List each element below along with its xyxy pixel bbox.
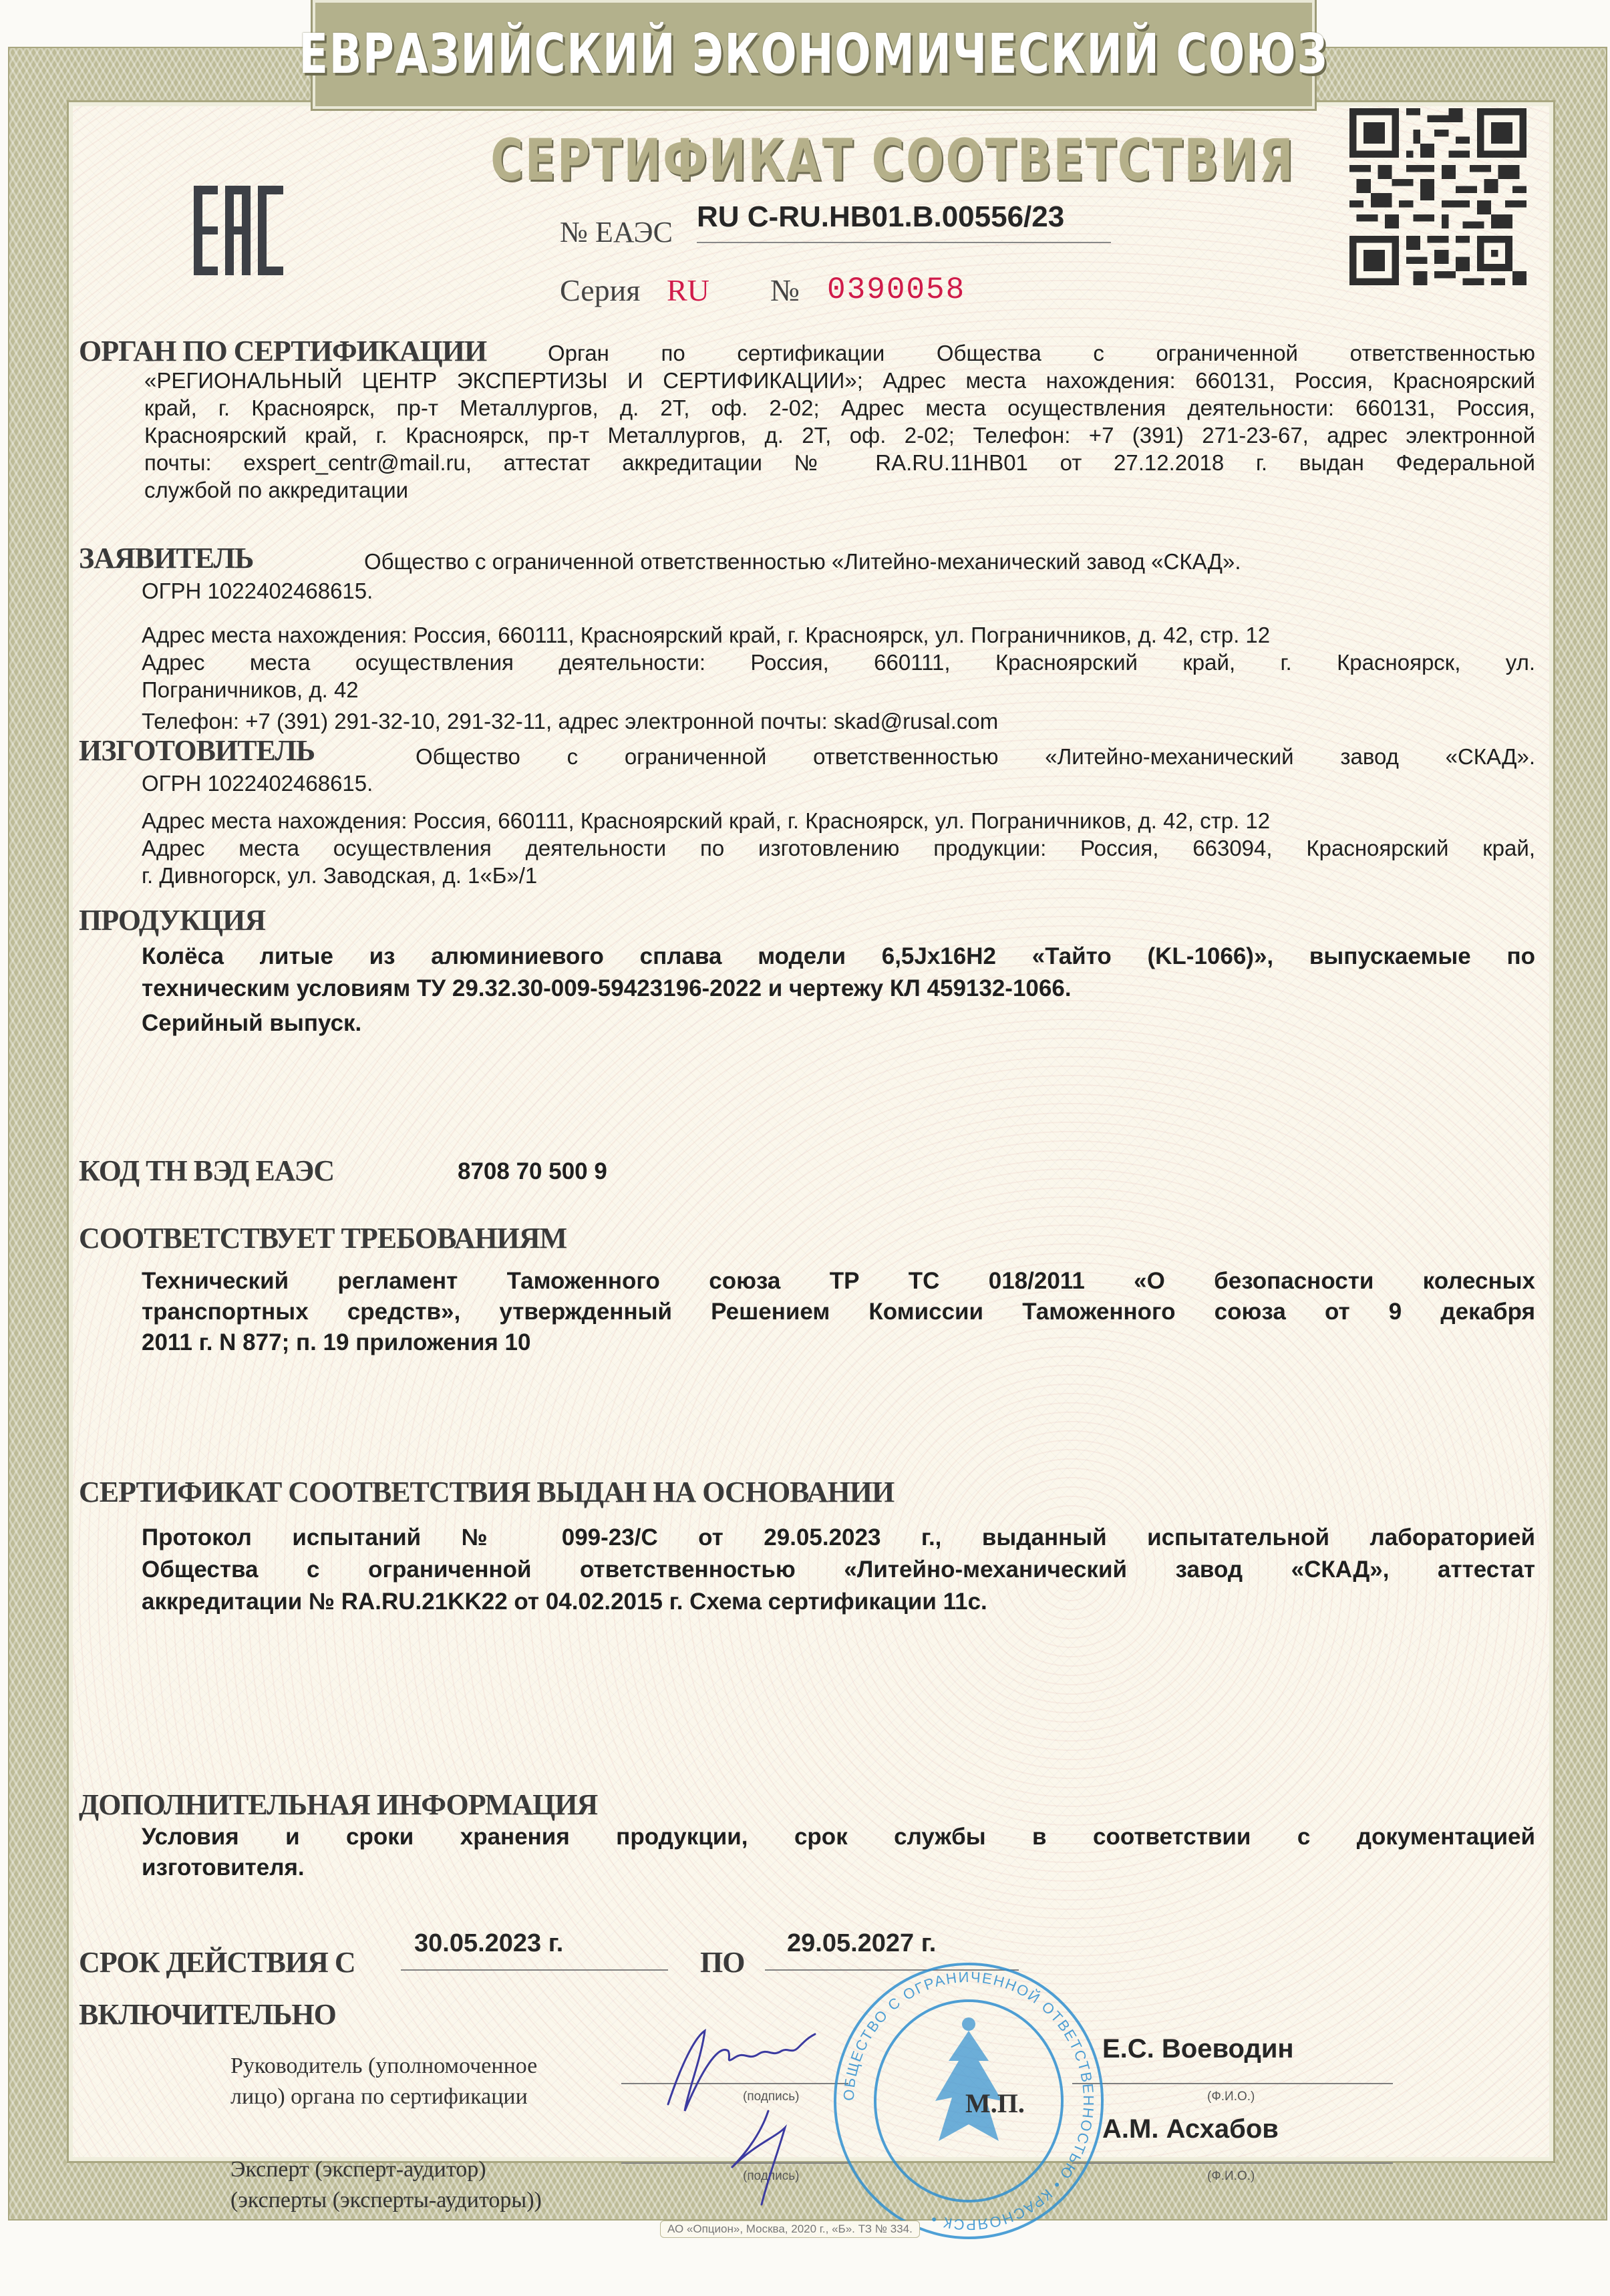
additional-heading: ДОПОЛНИТЕЛЬНАЯ ИНФОРМАЦИЯ — [79, 1788, 597, 1822]
series-value: RU — [667, 273, 709, 308]
expert-name-caption: (Ф.И.О.) — [1207, 2169, 1255, 2184]
applicant-heading: ЗАЯВИТЕЛЬ — [79, 541, 253, 575]
head-name-line — [1072, 2083, 1393, 2084]
manufacturer-heading: ИЗГОТОВИТЕЛЬ — [79, 733, 315, 768]
blank-number-label: № — [770, 273, 800, 308]
stamp-place-mark: М.П. — [965, 2088, 1025, 2119]
from-date-underline — [401, 1969, 668, 1971]
basis-text: Протокол испытаний № 099-23/С от 29.05.2… — [142, 1522, 1535, 1618]
union-banner-text: ЕВРАЗИЙСКИЙ ЭКОНОМИЧЕСКИЙ СОЮЗ — [299, 23, 1328, 86]
blank-number-value: 0390058 — [827, 273, 965, 307]
head-name-caption: (Ф.И.О.) — [1207, 2090, 1255, 2104]
applicant-name: Общество с ограниченной ответственностью… — [364, 548, 1433, 575]
expert-name: А.М. Асхабов — [1102, 2114, 1279, 2144]
hs-code-value: 8708 70 500 9 — [458, 1158, 725, 1185]
validity-from-date: 30.05.2023 г. — [414, 1929, 563, 1958]
validity-from-label: СРОК ДЕЙСТВИЯ С — [79, 1945, 355, 1979]
manufacturer-address: Адрес места нахождения: Россия, 660111, … — [142, 807, 1535, 889]
basis-heading: СЕРТИФИКАТ СООТВЕТСТВИЯ ВЫДАН НА ОСНОВАН… — [79, 1475, 894, 1509]
certificate-number-value: RU C-RU.HB01.B.00556/23 — [697, 200, 1064, 234]
validity-to-date: 29.05.2027 г. — [787, 1929, 936, 1958]
hs-code-heading: КОД ТН ВЭД ЕАЭС — [79, 1154, 334, 1188]
certification-body-text: «РЕГИОНАЛЬНЫЙ ЦЕНТР ЭКСПЕРТИЗЫ И СЕРТИФИ… — [144, 367, 1535, 504]
validity-inclusive-label: ВКЛЮЧИТЕЛЬНО — [79, 1997, 336, 2031]
head-name: Е.С. Воеводин — [1102, 2034, 1294, 2064]
qr-code-icon — [1349, 108, 1526, 285]
applicant-ogrn: ОГРН 1022402468615. — [142, 577, 1535, 605]
product-description: Колёса литые из алюминиевого сплава моде… — [142, 941, 1535, 1039]
printer-info: АО «Опцион», Москва, 2020 г., «Б». ТЗ № … — [660, 2221, 920, 2238]
head-signature-label: Руководитель (уполномоченное лицо) орган… — [230, 2051, 537, 2112]
handwritten-signature-icon — [655, 2011, 842, 2211]
certificate-page: ЕВРАЗИЙСКИЙ ЭКОНОМИЧЕСКИЙ СОЮЗ СЕРТИФИКА… — [0, 0, 1610, 2296]
certificate-number-label: № ЕАЭС — [560, 215, 673, 249]
manufacturer-name: Общество с ограниченной ответственностью… — [416, 743, 1535, 770]
validity-to-label: ПО — [700, 1945, 744, 1979]
blank-series: Серия RU № 0390058 — [560, 273, 1094, 319]
product-heading: ПРОДУКЦИЯ — [79, 903, 265, 937]
certification-body-heading: ОРГАН ПО СЕРТИФИКАЦИИ — [79, 334, 486, 368]
number-underline — [697, 242, 1111, 243]
requirements-text: Технический регламент Таможенного союза … — [142, 1266, 1535, 1358]
certification-body-line-1: Орган по сертификации Общества с огранич… — [548, 339, 1535, 367]
eac-logo-icon — [188, 180, 289, 281]
union-banner: ЕВРАЗИЙСКИЙ ЭКОНОМИЧЕСКИЙ СОЮЗ — [313, 0, 1315, 109]
certificate-title: СЕРТИФИКАТ СООТВЕТСТВИЯ — [490, 127, 1126, 194]
manufacturer-ogrn: ОГРН 1022402468615. — [142, 770, 1535, 797]
expert-name-line — [1072, 2162, 1393, 2164]
expert-signature-label: Эксперт (эксперт-аудитор) (эксперты (экс… — [230, 2154, 542, 2216]
requirements-heading: СООТВЕТСТВУЕТ ТРЕБОВАНИЯМ — [79, 1221, 567, 1255]
additional-text: Условия и сроки хранения продукции, срок… — [142, 1822, 1535, 1883]
certificate-number: № ЕАЭС RU C-RU.HB01.B.00556/23 — [560, 200, 1161, 247]
applicant-address: Адрес места нахождения: Россия, 660111, … — [142, 621, 1535, 735]
series-label: Серия — [560, 273, 640, 308]
